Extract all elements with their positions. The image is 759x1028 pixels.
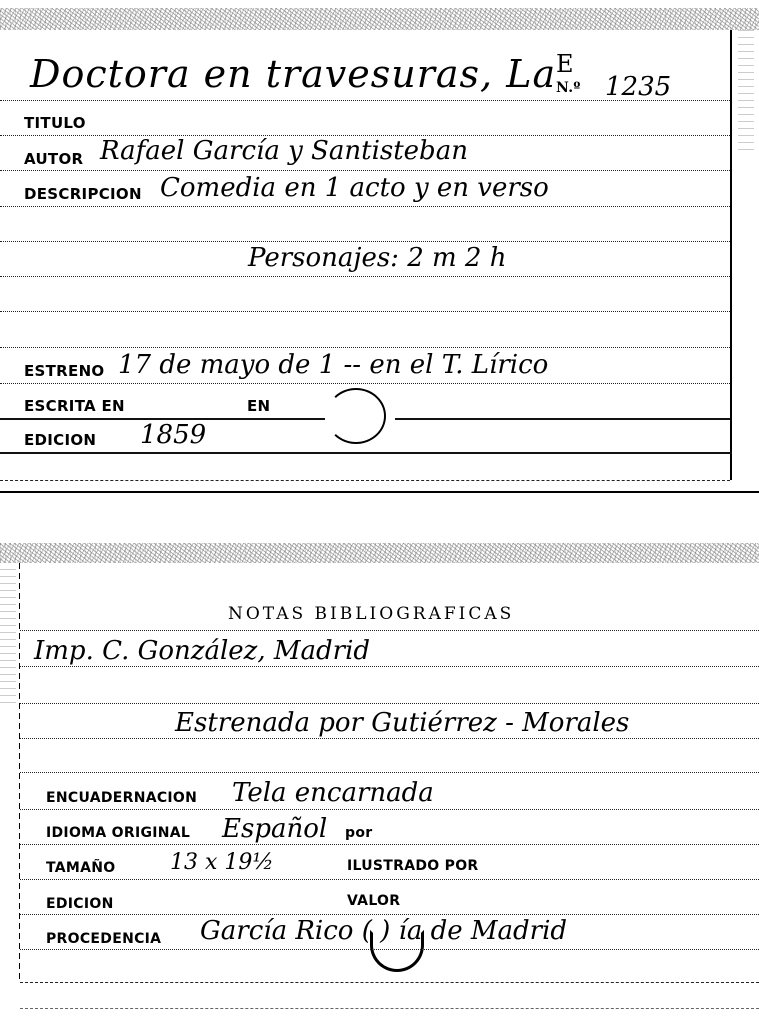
card-separator xyxy=(0,491,759,493)
valor-label: VALOR xyxy=(347,893,400,909)
tamano-label: TAMAÑO xyxy=(46,860,115,876)
idioma-original-label: IDIOMA ORIGINAL xyxy=(46,825,190,841)
descripcion-label: DESCRIPCION xyxy=(24,185,142,203)
rule xyxy=(0,480,730,481)
card-border xyxy=(19,563,20,983)
catalog-number: 1235 xyxy=(605,72,671,102)
edicion-value: 1859 xyxy=(140,420,206,450)
rule xyxy=(0,206,730,207)
rule xyxy=(0,311,730,312)
rule xyxy=(20,666,759,667)
autor-label: AUTOR xyxy=(24,150,83,168)
scan-noise-top xyxy=(0,8,759,30)
note-line-1: Imp. C. González, Madrid xyxy=(34,636,370,666)
notas-heading: NOTAS BIBLIOGRAFICAS xyxy=(228,604,514,624)
edicion-2-label: EDICION xyxy=(46,896,114,912)
descripcion-value: Comedia en 1 acto y en verso xyxy=(160,173,549,203)
rule xyxy=(0,383,730,384)
scan-noise-mid xyxy=(0,543,759,563)
encuadernacion-label: ENCUADERNACION xyxy=(46,790,197,806)
ilustrado-por-label: ILUSTRADO POR xyxy=(347,858,479,874)
edicion-label: EDICION xyxy=(24,431,96,449)
scan-noise-edge xyxy=(0,563,16,703)
personajes-value: Personajes: 2 m 2 h xyxy=(248,243,506,273)
autor-value: Rafael García y Santisteban xyxy=(100,136,468,166)
stamp-mark xyxy=(326,388,386,444)
tamano-value: 13 x 19½ xyxy=(170,850,274,875)
rule xyxy=(0,452,732,454)
rule xyxy=(20,1008,759,1009)
rule xyxy=(20,879,759,880)
rule xyxy=(395,418,730,420)
scan-noise-edge xyxy=(738,30,754,150)
stamp-mark xyxy=(370,930,424,972)
catalog-letter: E xyxy=(556,50,574,78)
card-border xyxy=(730,30,732,480)
rule xyxy=(20,949,759,950)
rule xyxy=(20,844,759,845)
estreno-value: 17 de mayo de 1 -- en el T. Lírico xyxy=(118,350,548,380)
encuadernacion-value: Tela encarnada xyxy=(232,778,434,808)
rule xyxy=(20,914,759,915)
en-label: EN xyxy=(247,397,270,415)
por-label: por xyxy=(345,825,372,841)
rule xyxy=(20,809,759,810)
estreno-label: ESTRENO xyxy=(24,362,104,380)
rule xyxy=(0,100,730,101)
idioma-original-value: Español xyxy=(222,814,327,844)
title-handwritten: Doctora en travesuras, La xyxy=(30,52,556,96)
rule xyxy=(20,630,759,631)
rule xyxy=(0,170,730,171)
rule xyxy=(0,276,730,277)
rule xyxy=(20,772,759,773)
titulo-label: TITULO xyxy=(24,114,86,132)
rule xyxy=(0,241,730,242)
rule xyxy=(20,738,759,739)
note-line-2: Estrenada por Gutiérrez - Morales xyxy=(175,708,629,738)
rule xyxy=(20,703,759,704)
procedencia-label: PROCEDENCIA xyxy=(46,931,161,947)
escrita-en-label: ESCRITA EN xyxy=(24,397,125,415)
rule xyxy=(20,982,759,983)
rule xyxy=(0,347,730,348)
number-label: N.º xyxy=(556,80,581,96)
